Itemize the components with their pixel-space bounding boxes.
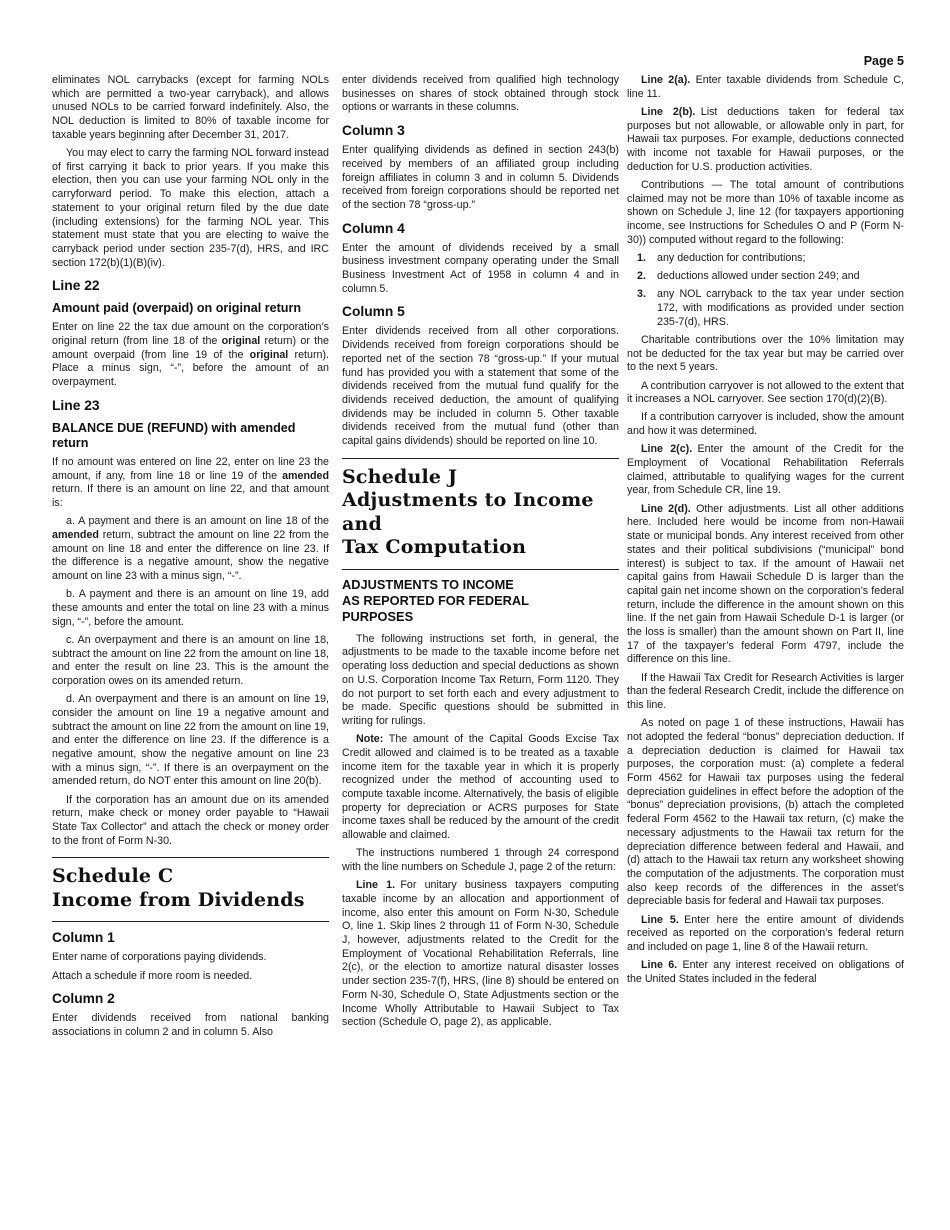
paragraph: Line 2(b). List deductions taken for fed… xyxy=(627,106,904,175)
bold-text: amended xyxy=(282,470,329,482)
text-run: Enter dividends received from national b… xyxy=(52,1012,329,1038)
paragraph: a. A payment and there is an amount on l… xyxy=(52,515,329,584)
paragraph: Attach a schedule if more room is needed… xyxy=(52,970,329,984)
section-heading: Line 22 xyxy=(52,278,329,294)
bold-text: Line 2(d). xyxy=(641,503,691,515)
text-run: deductions allowed under section 249; an… xyxy=(657,270,860,282)
bold-text: Line 2(a). xyxy=(641,74,690,86)
paragraph: d. An overpayment and there is an amount… xyxy=(52,693,329,789)
text-run: The instructions numbered 1 through 24 c… xyxy=(342,847,619,873)
paragraph: As noted on page 1 of these instructions… xyxy=(627,717,904,909)
text-run: return. If there is an amount on line 22… xyxy=(52,483,329,509)
divider xyxy=(342,458,619,459)
paragraph: Enter the amount of dividends received b… xyxy=(342,242,619,297)
paragraph: If no amount was entered on line 22, ent… xyxy=(52,456,329,511)
list-item: 3.any NOL carryback to the tax year unde… xyxy=(627,288,904,329)
text-run: A contribution carryover is not allowed … xyxy=(627,380,904,406)
paragraph: Enter on line 22 the tax due amount on t… xyxy=(52,321,329,390)
column-right: Line 2(a). Enter taxable dividends from … xyxy=(627,74,904,991)
text-run: a. A payment and there is an amount on l… xyxy=(66,515,329,527)
paragraph: c. An overpayment and there is an amount… xyxy=(52,634,329,689)
section-heading: Column 4 xyxy=(342,221,619,237)
text-run: any deduction for contributions; xyxy=(657,252,806,264)
divider xyxy=(52,857,329,858)
text-run: Contributions — The total amount of cont… xyxy=(627,179,904,246)
text-run: Enter name of corporations paying divide… xyxy=(52,951,266,963)
column-left: eliminates NOL carrybacks (except for fa… xyxy=(52,74,329,1044)
paragraph: You may elect to carry the farming NOL f… xyxy=(52,147,329,270)
paragraph: Enter dividends received from all other … xyxy=(342,325,619,448)
numbered-list: 1.any deduction for contributions;2.dedu… xyxy=(627,252,904,330)
paragraph: eliminates NOL carrybacks (except for fa… xyxy=(52,74,329,143)
caps-heading: ADJUSTMENTS TO INCOME AS REPORTED FOR FE… xyxy=(342,577,619,625)
page-number: Page 5 xyxy=(864,54,904,68)
text-run: The following instructions set forth, in… xyxy=(342,633,619,727)
bold-text: amended xyxy=(52,529,99,541)
text-run: If the corporation has an amount due on … xyxy=(52,794,329,847)
paragraph: Line 2(d). Other adjustments. List all o… xyxy=(627,503,904,667)
bold-text: Line 2(b). xyxy=(641,106,695,118)
text-run: Enter qualifying dividends as defined in… xyxy=(342,144,619,211)
paragraph: Note: The amount of the Capital Goods Ex… xyxy=(342,733,619,843)
text-run: c. An overpayment and there is an amount… xyxy=(52,634,329,687)
list-number: 3. xyxy=(637,288,646,302)
paragraph: Charitable contributions over the 10% li… xyxy=(627,334,904,375)
text-run: Enter dividends received from all other … xyxy=(342,325,619,447)
paragraph: A contribution carryover is not allowed … xyxy=(627,380,904,407)
paragraph: Line 2(a). Enter taxable dividends from … xyxy=(627,74,904,101)
paragraph: If the corporation has an amount due on … xyxy=(52,794,329,849)
paragraph: If a contribution carryover is included,… xyxy=(627,411,904,438)
paragraph: b. A payment and there is an amount on l… xyxy=(52,588,329,629)
text-run: You may elect to carry the farming NOL f… xyxy=(52,147,329,269)
column-center: enter dividends received from qualified … xyxy=(342,74,619,1034)
bold-text: Line 1. xyxy=(356,879,395,891)
paragraph: Enter qualifying dividends as defined in… xyxy=(342,144,619,213)
paragraph: Line 6. Enter any interest received on o… xyxy=(627,959,904,986)
section-heading: Column 5 xyxy=(342,304,619,320)
text-run: Charitable contributions over the 10% li… xyxy=(627,334,904,373)
schedule-title: Schedule J Adjustments to Income and Tax… xyxy=(342,466,619,560)
text-run: b. A payment and there is an amount on l… xyxy=(52,588,329,627)
paragraph: If the Hawaii Tax Credit for Research Ac… xyxy=(627,672,904,713)
list-item: 1.any deduction for contributions; xyxy=(627,252,904,266)
text-run: As noted on page 1 of these instructions… xyxy=(627,717,904,907)
sub-heading: BALANCE DUE (REFUND) with amended return xyxy=(52,421,329,451)
bold-text: original xyxy=(250,349,289,361)
document-page: Page 5 eliminates NOL carrybacks (except… xyxy=(0,0,950,1230)
sub-heading: Amount paid (overpaid) on original retur… xyxy=(52,301,329,316)
paragraph: Line 2(c). Enter the amount of the Credi… xyxy=(627,443,904,498)
schedule-title: Schedule C Income from Dividends xyxy=(52,865,329,912)
list-item: 2.deductions allowed under section 249; … xyxy=(627,270,904,284)
divider xyxy=(342,569,619,570)
section-heading: Column 3 xyxy=(342,123,619,139)
text-run: Other adjustments. List all other additi… xyxy=(627,503,904,666)
paragraph: The following instructions set forth, in… xyxy=(342,633,619,729)
paragraph: enter dividends received from qualified … xyxy=(342,74,619,115)
text-run: If a contribution carryover is included,… xyxy=(627,411,904,437)
paragraph: Enter dividends received from national b… xyxy=(52,1012,329,1039)
text-run: d. An overpayment and there is an amount… xyxy=(52,693,329,787)
text-run: If the Hawaii Tax Credit for Research Ac… xyxy=(627,672,904,711)
section-heading: Column 1 xyxy=(52,930,329,946)
paragraph: Enter name of corporations paying divide… xyxy=(52,951,329,965)
text-run: Enter the amount of dividends received b… xyxy=(342,242,619,295)
list-number: 1. xyxy=(637,252,646,266)
text-run: The amount of the Capital Goods Excise T… xyxy=(342,733,619,841)
paragraph: Contributions — The total amount of cont… xyxy=(627,179,904,248)
text-run: any NOL carryback to the tax year under … xyxy=(657,288,904,327)
list-number: 2. xyxy=(637,270,646,284)
divider xyxy=(52,921,329,922)
text-run: Attach a schedule if more room is needed… xyxy=(52,970,252,982)
text-run: eliminates NOL carrybacks (except for fa… xyxy=(52,74,329,141)
paragraph: Line 5. Enter here the entire amount of … xyxy=(627,914,904,955)
bold-text: original xyxy=(222,335,261,347)
section-heading: Column 2 xyxy=(52,991,329,1007)
bold-text: Note: xyxy=(356,733,383,745)
bold-text: Line 2(c). xyxy=(641,443,692,455)
bold-text: Line 5. xyxy=(641,914,679,926)
section-heading: Line 23 xyxy=(52,398,329,414)
text-run: For unitary business taxpayers computing… xyxy=(342,879,619,1028)
text-run: enter dividends received from qualified … xyxy=(342,74,619,113)
paragraph: Line 1. For unitary business taxpayers c… xyxy=(342,879,619,1030)
bold-text: Line 6. xyxy=(641,959,677,971)
paragraph: The instructions numbered 1 through 24 c… xyxy=(342,847,619,874)
